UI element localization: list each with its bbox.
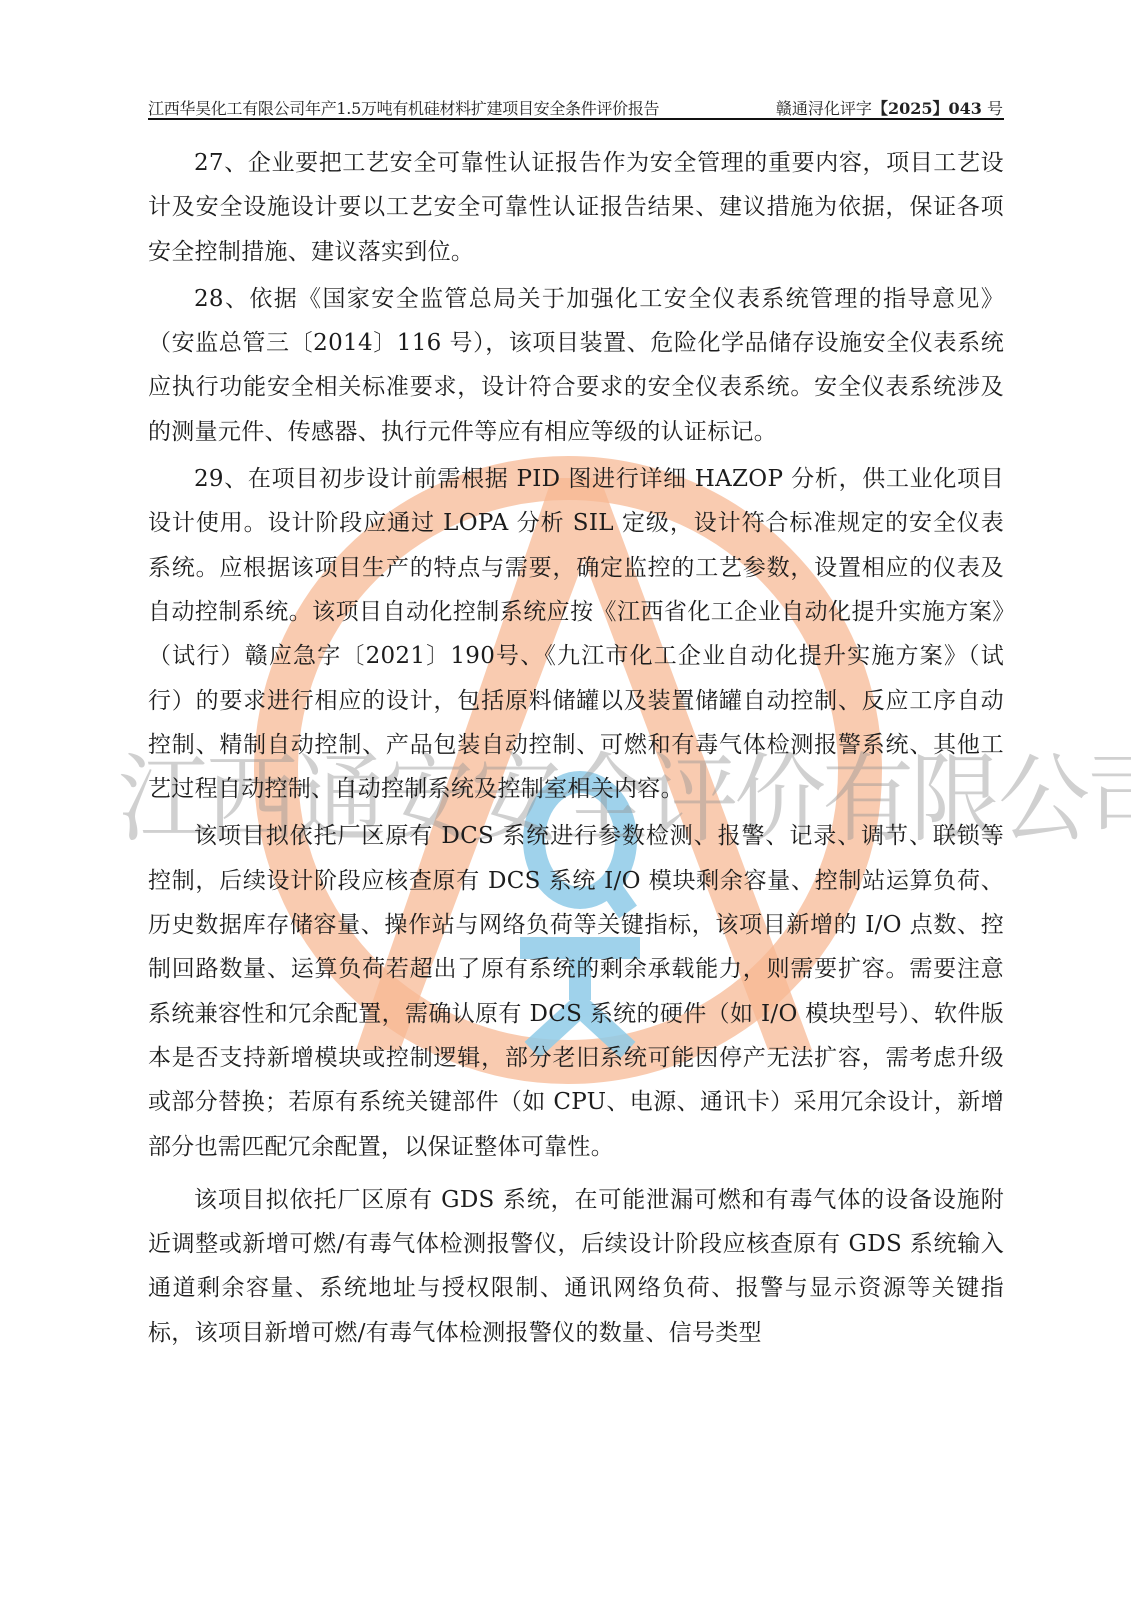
document-page: 江西通安安全评价有限公司 江西华昊化工有限公司年产1.5万吨有机硅材料扩建项目安… (0, 0, 1131, 1600)
paragraph-gds: 该项目拟依托厂区原有 GDS 系统，在可能泄漏可燃和有毒气体的设备设施附近调整或… (148, 1178, 1004, 1355)
report-title: 江西华昊化工有限公司年产1.5万吨有机硅材料扩建项目安全条件评价报告 (148, 96, 659, 119)
paragraph-dcs: 该项目拟依托厂区原有 DCS 系统进行参数检测、报警、记录、调节、联锁等控制，后… (148, 814, 1004, 1168)
doc-number-suffix: 号 (987, 99, 1003, 118)
header-divider (148, 118, 1004, 120)
doc-number-prefix: 赣通浔化评字 (776, 99, 872, 118)
paragraph-item-29: 29、在项目初步设计前需根据 PID 图进行详细 HAZOP 分析，供工业化项目… (148, 457, 1004, 811)
document-number: 赣通浔化评字【2025】043 号 (776, 96, 1003, 119)
paragraph-item-28: 28、依据《国家安全监管总局关于加强化工安全仪表系统管理的指导意见》（安监总管三… (148, 277, 1004, 454)
paragraph-item-27: 27、企业要把工艺安全可靠性认证报告作为安全管理的重要内容，项目工艺设计及安全设… (148, 141, 1004, 274)
doc-number-year: 【2025】 (872, 99, 949, 118)
doc-number-seq: 043 (948, 99, 981, 118)
body-content: 27、企业要把工艺安全可靠性认证报告作为安全管理的重要内容，项目工艺设计及安全设… (148, 141, 1004, 1355)
